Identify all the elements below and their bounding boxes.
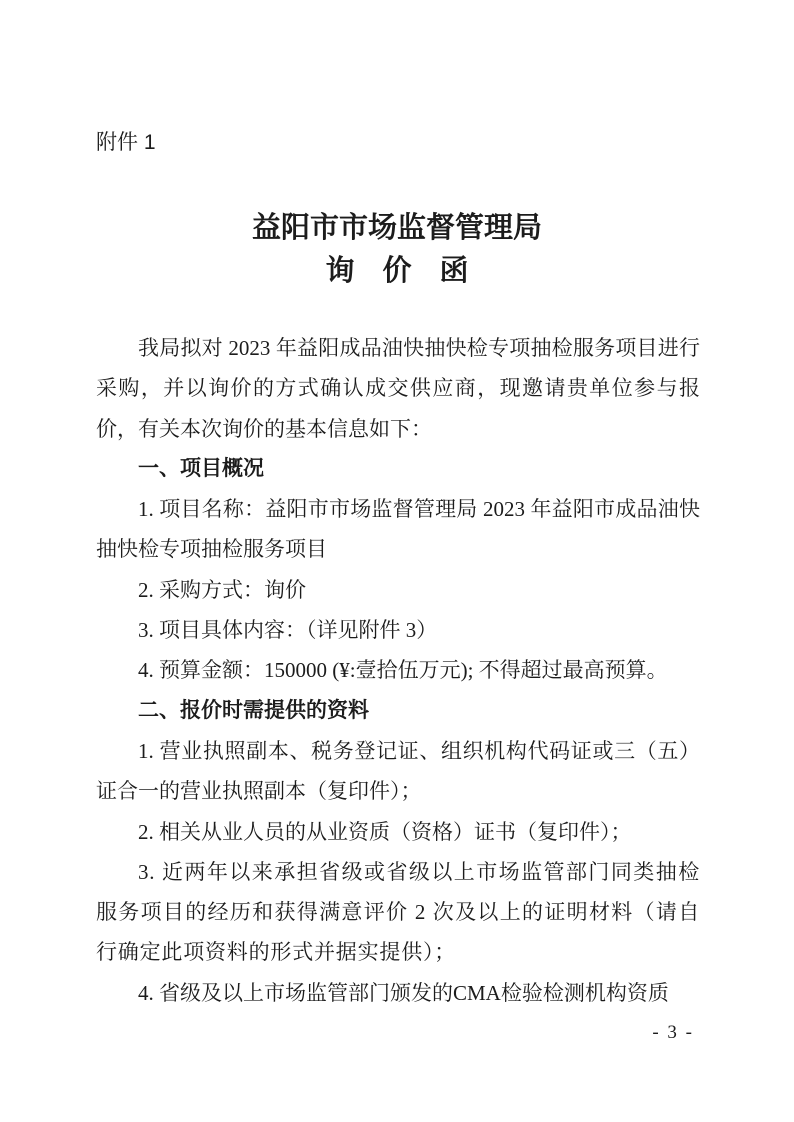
document-title-line2: 询 价 函 [0, 250, 794, 293]
document-title: 益阳市市场监督管理局 询 价 函 [0, 207, 794, 293]
section-1-item-4: 4. 预算金额：150000 (¥:壹拾伍万元); 不得超过最高预算。 [96, 650, 700, 690]
attachment-label: 附件 1 [96, 130, 156, 156]
section-1-item-1: 1. 项目名称：益阳市市场监督管理局 2023 年益阳市成品油快抽快检专项抽检服… [96, 489, 700, 570]
section-2-item-3: 3. 近两年以来承担省级或省级以上市场监管部门同类抽检服务项目的经历和获得满意评… [96, 852, 700, 973]
page-number: - 3 - [652, 1022, 694, 1044]
section-2-heading: 二、报价时需提供的资料 [96, 691, 700, 731]
section-2-item-4: 4. 省级及以上市场监管部门颁发的CMA检验检测机构资质 [96, 973, 700, 1013]
section-2-item-1: 1. 营业执照副本、税务登记证、组织机构代码证或三（五）证合一的营业执照副本（复… [96, 731, 700, 812]
section-1-item-3: 3. 项目具体内容：（详见附件 3） [96, 610, 700, 650]
document-page: 附件 1 益阳市市场监督管理局 询 价 函 我局拟对 2023 年益阳成品油快抽… [0, 0, 794, 1122]
intro-paragraph: 我局拟对 2023 年益阳成品油快抽快检专项抽检服务项目进行采购，并以询价的方式… [96, 328, 700, 449]
section-1-heading: 一、项目概况 [96, 449, 700, 489]
section-1-item-2: 2. 采购方式：询价 [96, 570, 700, 610]
section-2-item-2: 2. 相关从业人员的从业资质（资格）证书（复印件）； [96, 812, 700, 852]
document-body: 我局拟对 2023 年益阳成品油快抽快检专项抽检服务项目进行采购，并以询价的方式… [96, 328, 700, 1013]
document-title-line1: 益阳市市场监督管理局 [0, 207, 794, 250]
